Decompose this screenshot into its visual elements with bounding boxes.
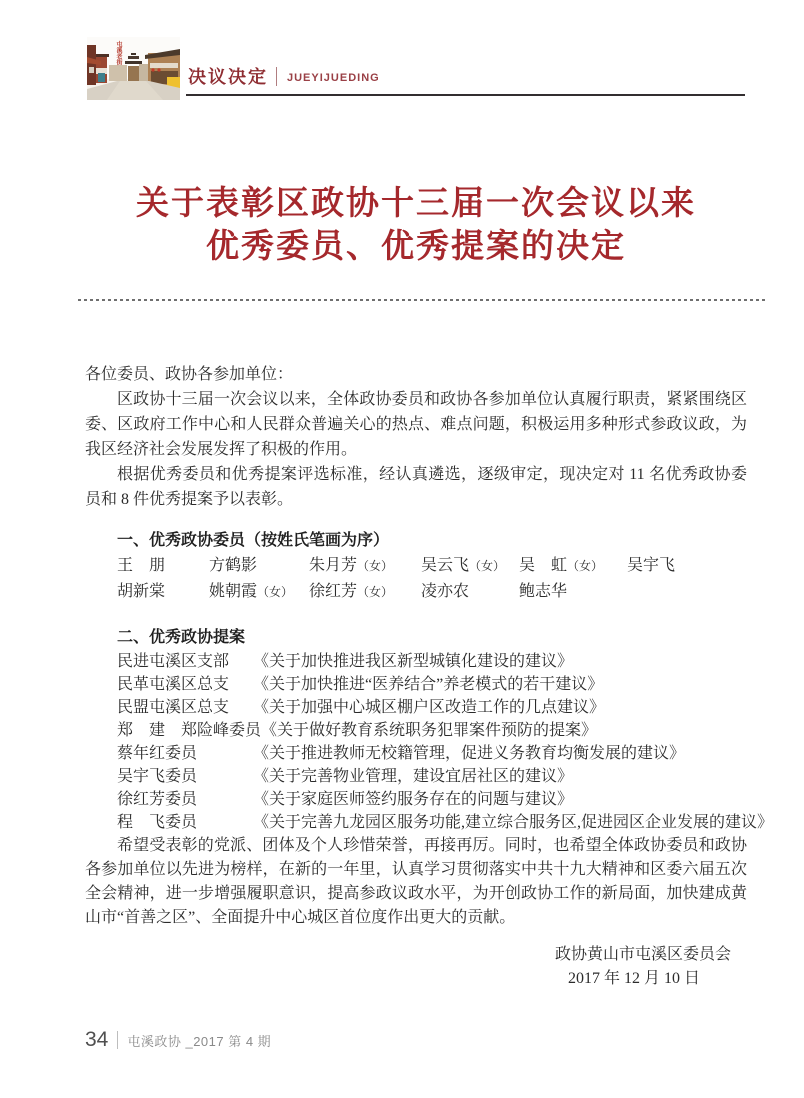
- proposal-row: 民进屯溪区支部 《关于加快推进我区新型城镇化建设的建议》: [85, 650, 747, 673]
- name-cell: 鲍志华: [519, 579, 567, 605]
- proposals-heading: 二、优秀政协提案: [85, 625, 747, 650]
- signature-line: 政协黄山市屯溪区委员会: [85, 942, 747, 967]
- committee-row-1: 王 朋 方鹤影 朱月芳（女） 吴云飞（女） 吴 虹（女） 吴宇飞: [85, 553, 747, 579]
- name-cell: 徐红芳（女）: [309, 579, 421, 605]
- page-number: 34: [85, 1028, 108, 1052]
- gender-note: （女）: [567, 559, 603, 573]
- signoff-block: 政协黄山市屯溪区委员会 2017 年 12 月 10 日: [85, 942, 747, 991]
- name-cell: 胡新棠: [117, 579, 209, 605]
- document-title-line1: 关于表彰区政协十三届一次会议以来: [85, 183, 747, 226]
- proposal-row: 民革屯溪区总支 《关于加快推进“医养结合”养老模式的若干建议》: [85, 673, 747, 696]
- closing-paragraph: 希望受表彰的党派、团体及个人珍惜荣誉，再接再厉。同时，也希望全体政协委员和政协各…: [85, 834, 747, 930]
- rubric-divider: [276, 67, 277, 86]
- proposal-title: 《关于推进教师无校籍管理，促进义务教育均衡发展的建议》: [253, 742, 685, 765]
- proposal-title: 《关于加快推进“医养结合”养老模式的若干建议》: [253, 673, 603, 696]
- salutation: 各位委员、政协各参加单位：: [85, 362, 747, 387]
- proposer-name: 吴宇飞委员: [117, 765, 253, 788]
- paragraph-1: 区政协十三届一次会议以来，全体政协委员和政协各参加单位认真履行职责，紧紧围绕区委…: [85, 387, 747, 462]
- section-rubric: 决议决定 JUEYIJUEDING: [188, 62, 380, 90]
- proposer-name: 民进屯溪区支部: [117, 650, 253, 673]
- committee-heading: 一、优秀政协委员（按姓氏笔画为序）: [85, 528, 747, 553]
- proposal-title: 《关于家庭医师签约服务存在的问题与建议》: [253, 788, 573, 811]
- document-body: 各位委员、政协各参加单位： 区政协十三届一次会议以来，全体政协委员和政协各参加单…: [85, 362, 747, 991]
- proposer-name: 蔡年红委员: [117, 742, 253, 765]
- footer-divider: [117, 1031, 118, 1049]
- gender-note: （女）: [257, 585, 293, 599]
- proposal-title: 《关于加强中心城区棚户区改造工作的几点建议》: [253, 696, 605, 719]
- proposal-row: 吴宇飞委员 《关于完善物业管理，建设宜居社区的建议》: [85, 765, 747, 788]
- document-title-line2: 优秀委员、优秀提案的决定: [85, 226, 747, 269]
- name-cell: 姚朝霞（女）: [209, 579, 309, 605]
- proposer-name: 民革屯溪区总支: [117, 673, 253, 696]
- section-label-en: JUEYIJUEDING: [287, 69, 380, 84]
- gender-note: （女）: [357, 585, 393, 599]
- name-cell: 王 朋: [117, 553, 209, 579]
- document-title: 关于表彰区政协十三届一次会议以来 优秀委员、优秀提案的决定: [85, 183, 747, 269]
- header-rule: [186, 94, 745, 96]
- name-cell: 吴宇飞: [627, 553, 675, 579]
- section-label: 决议决定: [188, 63, 268, 89]
- gender-note: （女）: [357, 559, 393, 573]
- header-photo: 屯溪老街: [87, 37, 180, 100]
- name-cell: 凌亦农: [421, 579, 519, 605]
- page-footer: 34 屯溪政协 _2017 第 4 期: [85, 1028, 271, 1052]
- proposal-title: 《关于完善九龙园区服务功能,建立综合服务区,促进园区企业发展的建议》: [253, 811, 773, 834]
- proposal-row: 郑 建 郑险峰委员 《关于做好教育系统职务犯罪案件预防的提案》: [85, 719, 747, 742]
- proposal-title: 《关于做好教育系统职务犯罪案件预防的提案》: [261, 719, 597, 742]
- proposer-name: 郑 建 郑险峰委员: [117, 719, 261, 742]
- paragraph-2: 根据优秀委员和优秀提案评选标准，经认真遴选，逐级审定，现决定对 11 名优秀政协…: [85, 462, 747, 512]
- dashed-divider: [78, 299, 766, 301]
- proposer-name: 民盟屯溪区总支: [117, 696, 253, 719]
- proposal-row: 程 飞委员 《关于完善九龙园区服务功能,建立综合服务区,促进园区企业发展的建议》: [85, 811, 747, 834]
- name-cell: 吴云飞（女）: [421, 553, 519, 579]
- gender-note: （女）: [469, 559, 505, 573]
- proposer-name: 徐红芳委员: [117, 788, 253, 811]
- proposal-row: 蔡年红委员 《关于推进教师无校籍管理，促进义务教育均衡发展的建议》: [85, 742, 747, 765]
- proposal-row: 徐红芳委员 《关于家庭医师签约服务存在的问题与建议》: [85, 788, 747, 811]
- date-line: 2017 年 12 月 10 日: [85, 967, 747, 991]
- journal-title: 屯溪政协 _2017 第 4 期: [127, 1031, 271, 1050]
- magazine-page: 屯溪老街 决议决定 JUEYIJUEDING 关于表彰区政协十三届一次会议以来 …: [0, 0, 804, 1098]
- name-cell: 吴 虹（女）: [519, 553, 627, 579]
- proposal-title: 《关于完善物业管理，建设宜居社区的建议》: [253, 765, 573, 788]
- committee-row-2: 胡新棠 姚朝霞（女） 徐红芳（女） 凌亦农 鲍志华: [85, 579, 747, 605]
- proposer-name: 程 飞委员: [117, 811, 253, 834]
- name-cell: 方鹤影: [209, 553, 309, 579]
- name-cell: 朱月芳（女）: [309, 553, 421, 579]
- proposal-row: 民盟屯溪区总支 《关于加强中心城区棚户区改造工作的几点建议》: [85, 696, 747, 719]
- proposal-title: 《关于加快推进我区新型城镇化建设的建议》: [253, 650, 573, 673]
